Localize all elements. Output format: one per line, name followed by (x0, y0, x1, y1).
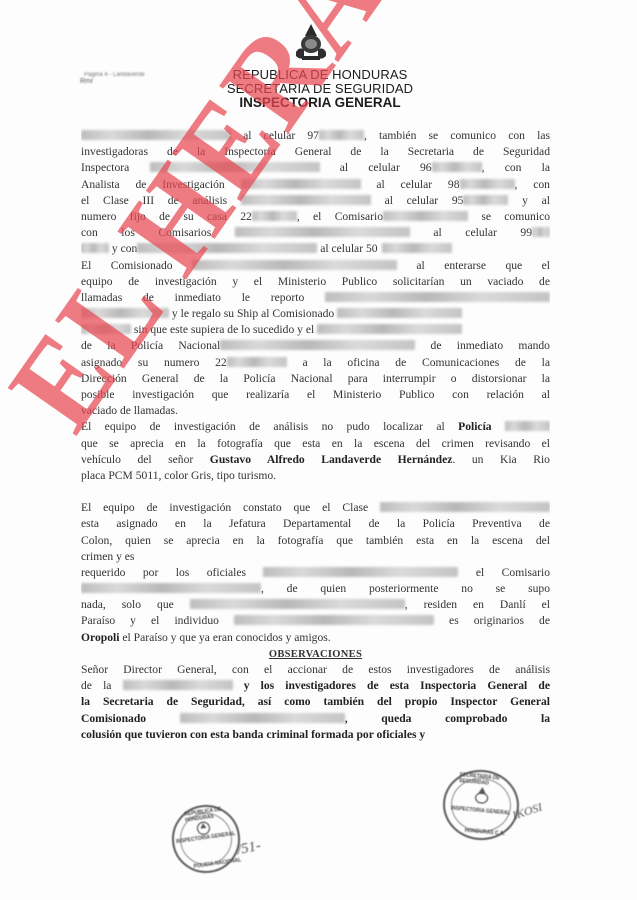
text-line: requerido por los oficiales el Comisario (81, 565, 550, 581)
redacted-text (337, 308, 462, 318)
redacted-text (241, 195, 371, 205)
signature-left: /51- (235, 838, 262, 860)
header-country: REPUBLICA DE HONDURAS (140, 68, 500, 82)
text-line: Analista de Investigación al celular 98,… (81, 177, 550, 193)
redacted-text (317, 324, 462, 334)
text-line: Colon, quien se aprecia en la fotografía… (81, 533, 550, 549)
document-page: Pagina 4 - Landaverde Rmr REPUBLICA DE H… (0, 0, 637, 900)
redacted-text (532, 227, 550, 237)
text-line: El equipo de investigación constato que … (81, 500, 550, 516)
text-line: asignado su numero 22 a la oficina de Co… (81, 355, 550, 371)
text-line: el Clase III de análisis al celular 95 y… (81, 193, 550, 209)
redacted-text (190, 599, 405, 609)
header-office: INSPECTORIA GENERAL (140, 96, 500, 110)
text-line: El Comisionado al enterarse que el (81, 258, 550, 274)
text-line: Comisionado , queda comprobado la (81, 711, 550, 727)
text-line: Oropoli el Paraíso y que ya eran conocid… (81, 630, 550, 646)
text-line: numero fijo de su casa 22, el Comisario … (81, 209, 550, 225)
text-line: Dirección General de la Policía Nacional… (81, 371, 550, 387)
redacted-text (505, 421, 550, 431)
seal-crest-icon (473, 785, 491, 804)
text-line: nada, solo que , residen en Danlí el (81, 597, 550, 613)
text-line: Señor Director General, con el accionar … (81, 662, 550, 678)
redacted-text (235, 227, 410, 237)
redacted-text (252, 211, 297, 221)
redacted-text (263, 567, 458, 577)
text-line: posible investigación que realizaría el … (81, 387, 550, 403)
redacted-text (241, 179, 361, 189)
text-line: vaciado de llamadas. (81, 403, 550, 419)
document-body: al celular 97, también se comunico con l… (81, 128, 550, 743)
text-line: investigadoras de la Inspectoria General… (81, 144, 550, 160)
coat-of-arms-icon (290, 22, 332, 64)
text-line: y con al celular 50 (81, 241, 550, 257)
victim-name: Gustavo Alfredo Landaverde Hernández (210, 453, 453, 466)
text-line: equipo de investigación y el Ministerio … (81, 274, 550, 290)
redacted-text (137, 243, 317, 253)
text-line: esta asignado en la Jefatura Departament… (81, 516, 550, 532)
redacted-text (380, 502, 550, 512)
redacted-text (383, 211, 468, 221)
text-line: colusión que tuvieron con esta banda cri… (81, 727, 550, 743)
text-line: Paraíso y el individuo es originarios de (81, 613, 550, 629)
redacted-text (81, 324, 131, 334)
official-seal-right: INSPECTORIA GENERAL SECRETARIA DE SEGURI… (440, 767, 522, 843)
redacted-text (382, 243, 452, 253)
text-line: llamadas de inmediato le reporto (81, 290, 550, 306)
text-line: crimen y es (81, 549, 550, 565)
redacted-text (150, 162, 320, 172)
text-line: placa PCM 5011, color Gris, tipo turismo… (81, 468, 550, 484)
text-line: al celular 97, también se comunico con l… (81, 128, 550, 144)
redacted-text (432, 162, 482, 172)
text-line: sin que este supiera de lo sucedido y el (81, 322, 550, 338)
text-line: vehículo del señor Gustavo Alfredo Landa… (81, 452, 550, 468)
header-ministry: SECRETARIA DE SEGURIDAD (140, 82, 500, 96)
redacted-text (319, 130, 364, 140)
text-line: que se aprecia en la fotografía que esta… (81, 436, 550, 452)
text-line: y le regalo su Ship al Comisionado (81, 306, 550, 322)
redacted-text (192, 260, 397, 270)
text-line: Inspectora al celular 96, con la (81, 160, 550, 176)
text-line: El equipo de investigación de análisis n… (81, 419, 550, 435)
redacted-text (325, 292, 550, 302)
redacted-text (227, 357, 287, 367)
text-line: con los Comisarios al celular 99 (81, 225, 550, 241)
redacted-text (123, 680, 233, 690)
official-seal-left: INSPECTORIA GENERAL REPUBLICA DE HONDURA… (168, 801, 245, 878)
redacted-text (81, 583, 261, 593)
observations-heading: OBSERVACIONES (81, 646, 550, 662)
document-header: REPUBLICA DE HONDURAS SECRETARIA DE SEGU… (140, 68, 500, 110)
redacted-text (81, 308, 169, 318)
text-line: la Secretaria de Seguridad, así como tam… (81, 694, 550, 710)
text-line: de la y los investigadores de esta Inspe… (81, 678, 550, 694)
redacted-text (81, 130, 231, 140)
redacted-text (81, 243, 109, 253)
redacted-text (460, 179, 515, 189)
redacted-text (180, 713, 345, 723)
redacted-text (234, 615, 434, 625)
text-line: de la Policía Nacional de inmediato mand… (81, 338, 550, 354)
seal-crest-icon (196, 820, 212, 836)
redacted-text (220, 340, 415, 350)
redacted-text (463, 195, 508, 205)
text-line: , de quien posteriormente no se supo (81, 581, 550, 597)
